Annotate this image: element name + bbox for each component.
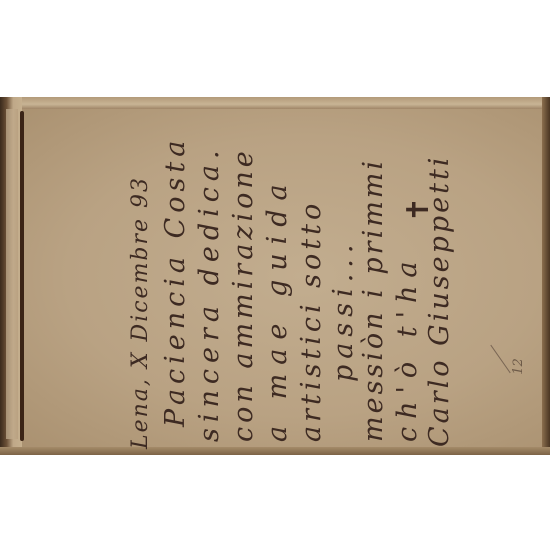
line-9-signature: Paciencia Costa xyxy=(160,136,191,427)
line-8: sincera dedica. xyxy=(194,144,225,442)
page-number: 12 xyxy=(511,358,526,375)
line-6: a mae guida xyxy=(262,175,293,442)
line-2: ch'ò t'ha xyxy=(392,253,423,442)
gutter-line xyxy=(20,111,24,441)
line-7: con ammirazione xyxy=(228,147,259,442)
page-number-mark xyxy=(490,345,510,373)
line-5: artistici sotto xyxy=(296,200,327,442)
page-right-edge xyxy=(542,97,550,455)
dedication-page: ✝ Carlo Giuseppetti ch'ò t'ha messiòn i … xyxy=(0,97,550,455)
page-top-edge xyxy=(0,97,550,109)
line-3: messiòn i primmi xyxy=(358,158,389,442)
page-bottom-edge xyxy=(0,447,550,455)
folded-page-edges xyxy=(6,109,18,439)
line-10-place-date: Lena, X Dicembre 93 xyxy=(128,176,153,449)
line-4: passi... xyxy=(328,239,359,382)
line-1: Carlo Giuseppetti xyxy=(424,155,455,447)
